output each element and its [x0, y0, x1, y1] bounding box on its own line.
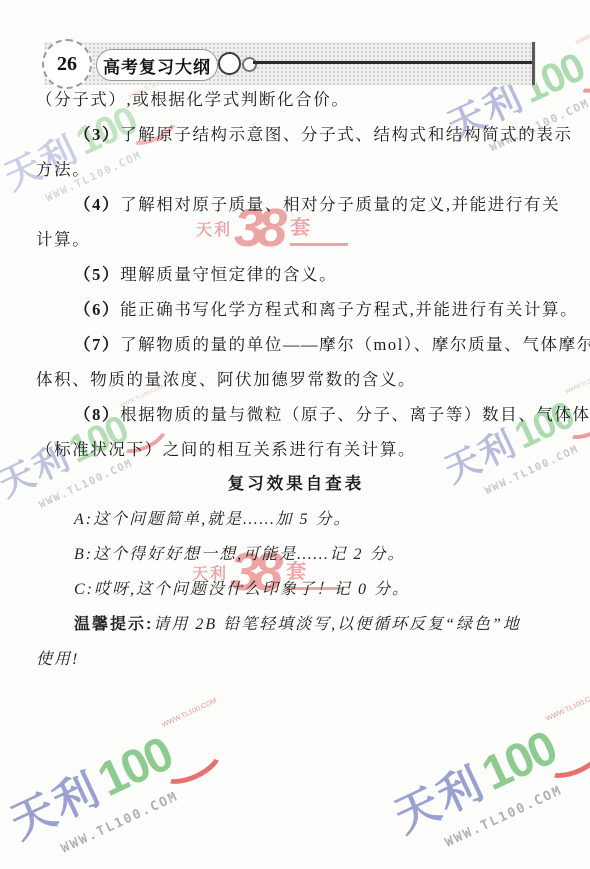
text-line: （标准状况下）之间的相互关系进行有关计算。	[36, 432, 556, 467]
line-text: 方法。	[36, 160, 90, 179]
text-line: 复习效果自查表	[36, 467, 556, 502]
brand-mini-url: WWW.TL100.COM	[545, 691, 590, 722]
smile-arc-icon	[536, 725, 590, 786]
brand-url-text: WWW.TL100.COM	[59, 762, 238, 856]
line-text: A:这个问题简单,就是……加 5 分。	[74, 511, 352, 528]
text-line: 温馨提示:请用 2B 铅笔轻填淡写,以便循环反复“绿色”地	[36, 607, 556, 642]
chapter-title: 高考复习大纲	[103, 53, 211, 78]
watermark-brand-row: 天利 100 WWW.TL100.COM	[387, 702, 590, 841]
line-text: B:这个得好好想一想,可能是……记 2 分。	[74, 546, 406, 563]
smile-arc-icon	[152, 731, 229, 792]
text-line: 计算。	[36, 222, 556, 257]
text-line: 体积、物质的量浓度、阿伏加德罗常数的含义。	[36, 362, 556, 397]
text-line: （6）能正确书写化学方程式和离子方程式,并能进行有关计算。	[36, 292, 556, 327]
ring-ornament-small-icon	[242, 57, 257, 72]
brand-cn-text: 天利	[4, 767, 108, 847]
line-text: （分子式）,或根据化学式判断化合价。	[36, 90, 349, 109]
text-line: A:这个问题简单,就是……加 5 分。	[36, 502, 556, 537]
header-end-bar	[532, 42, 535, 85]
line-text: （标准状况下）之间的相互关系进行有关计算。	[36, 440, 416, 459]
brand-mini-url: WWW.TL100.COM	[565, 370, 590, 395]
line-text: 了解原子结构示意图、分子式、结构式和结构简式的表示	[120, 125, 573, 144]
watermark-tianli100: 天利 100 WWW.TL100.COM WWW.TL100.COM	[3, 708, 239, 869]
line-lead: （4）	[74, 195, 120, 214]
line-text: 体积、物质的量浓度、阿伏加德罗常数的含义。	[36, 370, 416, 389]
line-text: 根据物质的量与微粒（原子、分子、离子等）数目、气体体积	[120, 405, 590, 424]
text-line: （8）根据物质的量与微粒（原子、分子、离子等）数目、气体体积	[36, 397, 556, 432]
text-line: （分子式）,或根据化学式判断化合价。	[36, 82, 556, 117]
text-line: 方法。	[36, 152, 556, 187]
brand-mini-url: WWW.TL100.COM	[161, 697, 218, 728]
brand-cn-text: 天利	[388, 761, 492, 841]
text-line: （5）理解质量守恒定律的含义。	[36, 257, 556, 292]
page-number-badge: 26	[42, 39, 92, 89]
text-line: B:这个得好好想一想,可能是……记 2 分。	[36, 537, 556, 572]
line-lead: （8）	[74, 405, 120, 424]
watermark-brand-row: 天利 100 WWW.TL100.COM	[3, 708, 227, 847]
scanned-book-page: 天利 100 WWW.TL100.COM WWW.TL100.COM 天利 10…	[0, 0, 590, 869]
text-line: （7）了解物质的量的单位——摩尔（mol）、摩尔质量、气体摩尔	[36, 327, 556, 362]
line-text: 了解物质的量的单位——摩尔（mol）、摩尔质量、气体摩尔	[120, 335, 590, 354]
brand-url-text: WWW.TL100.COM	[443, 756, 590, 850]
line-text: 使用!	[36, 651, 79, 668]
body-text: （分子式）,或根据化学式判断化合价。（3）了解原子结构示意图、分子式、结构式和结…	[36, 82, 556, 677]
line-text: C:哎呀,这个问题没什么印象了！记 0 分。	[74, 581, 410, 598]
page-number: 26	[57, 53, 77, 76]
header-rule	[253, 61, 534, 64]
chapter-title-capsule: 高考复习大纲	[96, 49, 218, 81]
brand-mini-url: WWW.TL100.COM	[575, 19, 590, 46]
line-text: 了解相对原子质量、相对分子质量的定义,并能进行有关	[120, 195, 560, 214]
text-line: （3）了解原子结构示意图、分子式、结构式和结构简式的表示	[36, 117, 556, 152]
line-text: 计算。	[36, 230, 90, 249]
text-line: （4）了解相对原子质量、相对分子质量的定义,并能进行有关	[36, 187, 556, 222]
brand-100-text: 100	[92, 730, 179, 805]
line-lead: （6）	[74, 300, 120, 319]
text-line: 使用!	[36, 642, 556, 677]
line-text: 复习效果自查表	[228, 475, 365, 493]
ring-ornament-large-icon	[218, 52, 241, 75]
text-line: C:哎呀,这个问题没什么印象了！记 0 分。	[36, 572, 556, 607]
line-lead: （7）	[74, 335, 120, 354]
line-lead: （3）	[74, 125, 120, 144]
line-lead: 温馨提示:	[74, 616, 153, 633]
line-text: 理解质量守恒定律的含义。	[120, 265, 337, 284]
smile-arc-icon	[567, 48, 590, 100]
line-lead: （5）	[74, 265, 120, 284]
line-text: 能正确书写化学方程式和离子方程式,并能进行有关计算。	[120, 300, 578, 319]
line-text: 请用 2B 铅笔轻填淡写,以便循环反复“绿色”地	[153, 616, 521, 633]
watermark-tianli100: 天利 100 WWW.TL100.COM WWW.TL100.COM	[387, 702, 590, 865]
brand-100-text: 100	[476, 724, 563, 799]
